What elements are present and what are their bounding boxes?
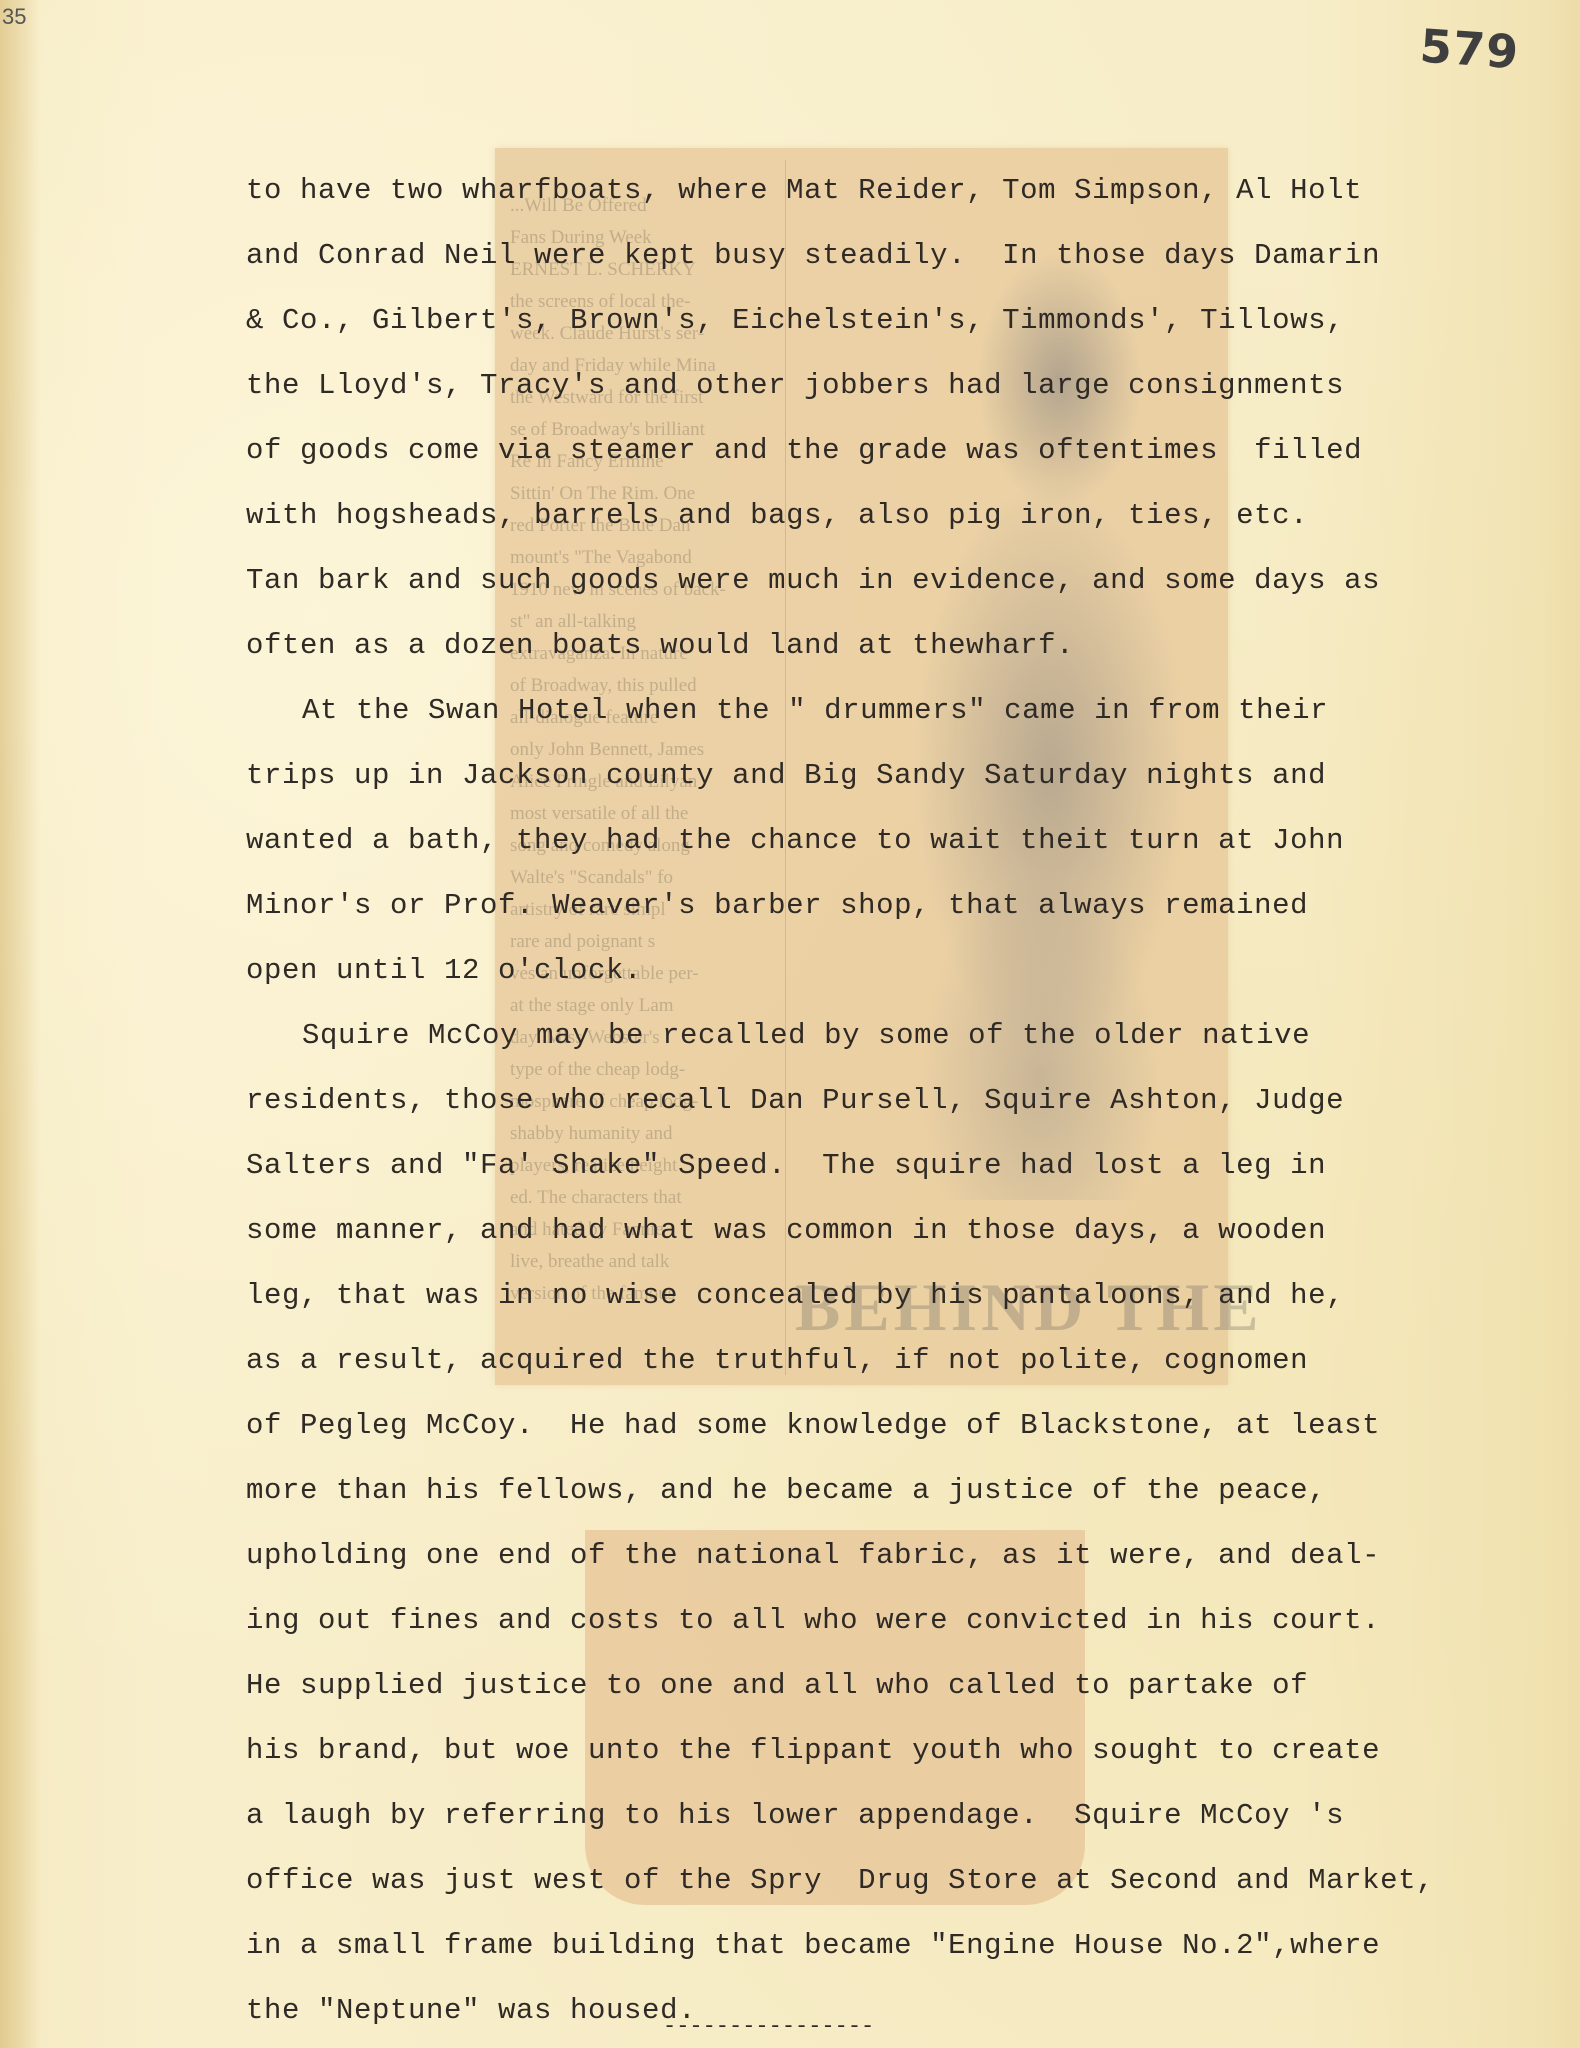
text-line: office was just west of the Spry Drug St… [246,1848,1546,1913]
text-line: upholding one end of the national fabric… [246,1523,1546,1588]
text-line: the "Neptune" was housed. [246,1978,1546,2043]
paragraph: At the Swan Hotel when the " drummers" c… [246,678,1546,1003]
text-line: ing out fines and costs to all who were … [246,1588,1546,1653]
text-line: open until 12 o'clock. [246,938,1546,1003]
text-line: a laugh by referring to his lower append… [246,1783,1546,1848]
text-line: more than his fellows, and he became a j… [246,1458,1546,1523]
end-divider: ---------------- [663,2014,874,2039]
text-line: trips up in Jackson county and Big Sandy… [246,743,1546,808]
text-line: Squire McCoy may be recalled by some of … [246,1003,1546,1068]
paragraph: Squire McCoy may be recalled by some of … [246,1003,1546,2043]
text-line: wanted a bath, they had the chance to wa… [246,808,1546,873]
text-line: Tan bark and such goods were much in evi… [246,548,1546,613]
text-line: Salters and "Fa' Shake" Speed. The squir… [246,1133,1546,1198]
text-line: often as a dozen boats would land at the… [246,613,1546,678]
text-line: & Co., Gilbert's, Brown's, Eichelstein's… [246,288,1546,353]
text-line: Minor's or Prof. Weaver's barber shop, t… [246,873,1546,938]
text-line: in a small frame building that became "E… [246,1913,1546,1978]
text-line: some manner, and had what was common in … [246,1198,1546,1263]
text-line: as a result, acquired the truthful, if n… [246,1328,1546,1393]
text-line: leg, that was in no wise concealed by hi… [246,1263,1546,1328]
handwritten-page-number: 579 [1418,19,1521,80]
paragraph: to have two wharfboats, where Mat Reider… [246,158,1546,678]
paper-left-edge-shadow [0,0,40,2048]
text-line: residents, those who recall Dan Pursell,… [246,1068,1546,1133]
text-line: and Conrad Neil were kept busy steadily.… [246,223,1546,288]
typewritten-body: to have two wharfboats, where Mat Reider… [246,158,1546,2043]
text-line: with hogsheads, barrels and bags, also p… [246,483,1546,548]
text-line: of Pegleg McCoy. He had some knowledge o… [246,1393,1546,1458]
text-line: his brand, but woe unto the flippant you… [246,1718,1546,1783]
text-line: of goods come via steamer and the grade … [246,418,1546,483]
text-line: to have two wharfboats, where Mat Reider… [246,158,1546,223]
text-line: At the Swan Hotel when the " drummers" c… [246,678,1546,743]
text-line: the Lloyd's, Tracy's and other jobbers h… [246,353,1546,418]
folio-number: 35 [2,4,26,30]
text-line: He supplied justice to one and all who c… [246,1653,1546,1718]
